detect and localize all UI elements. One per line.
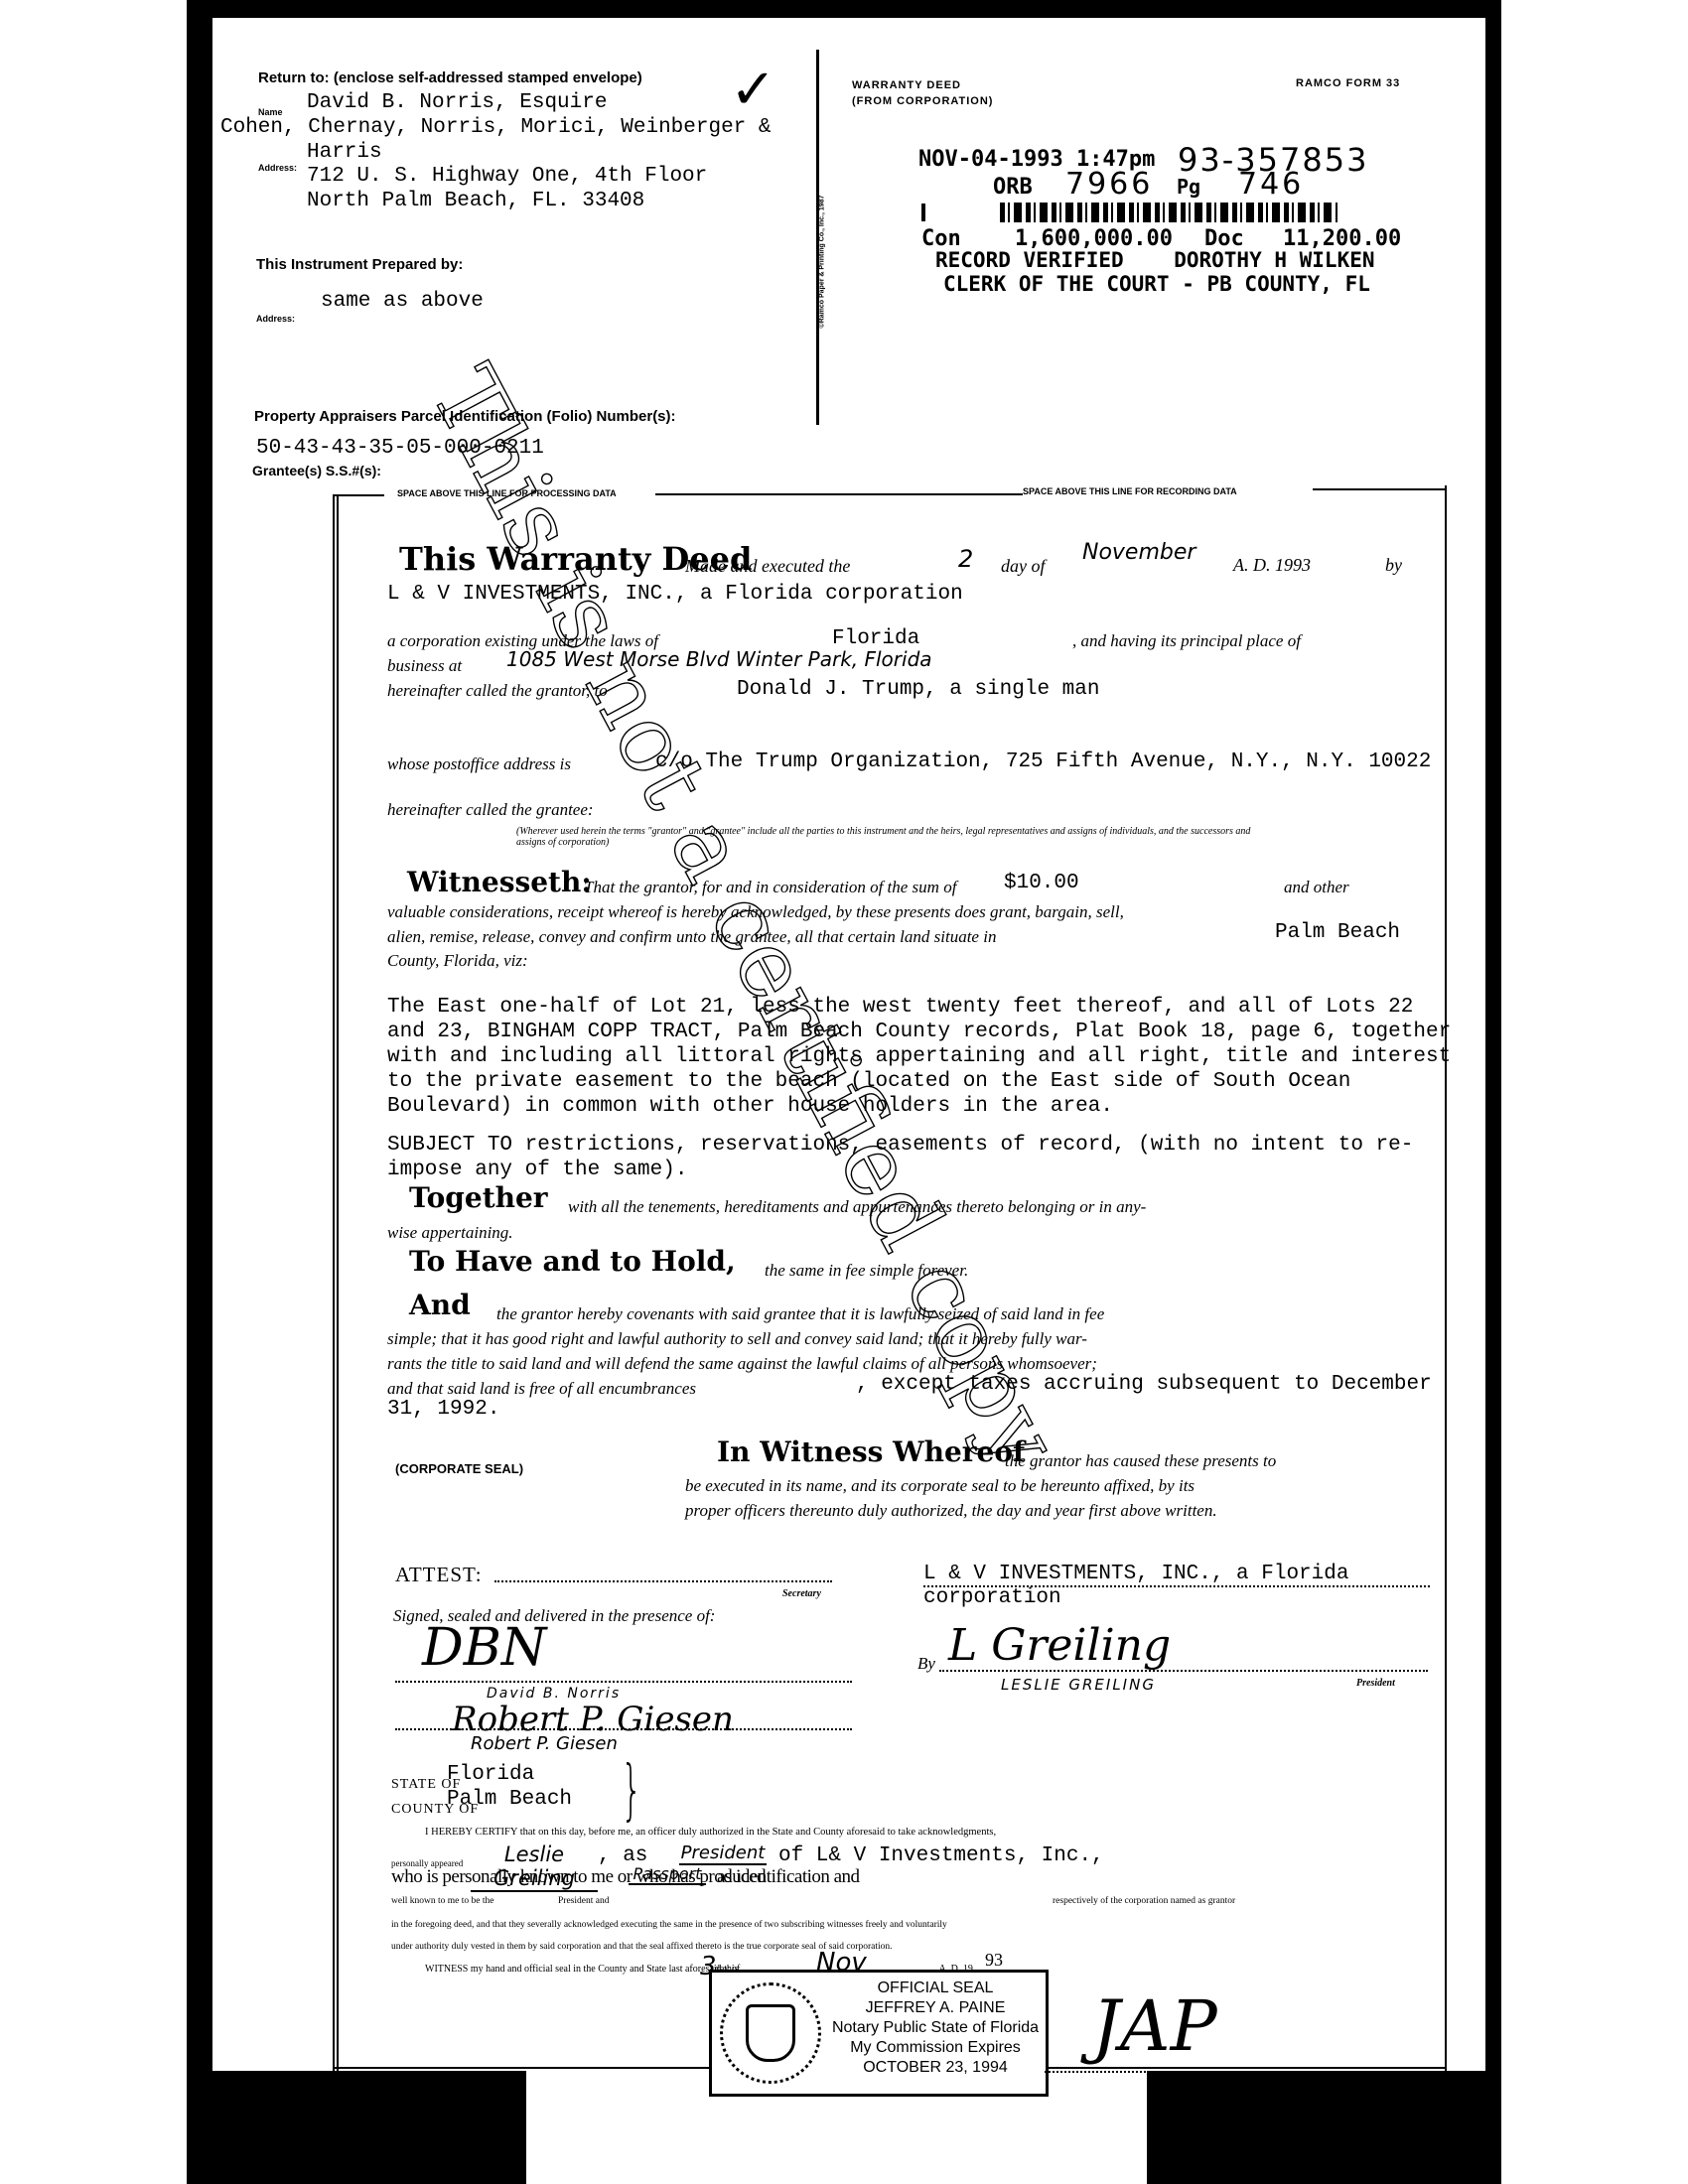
return-address-line-2: North Palm Beach, FL. 33408 [307, 190, 644, 212]
frame-left [333, 494, 335, 2071]
frame-left-inner [337, 494, 339, 2071]
made-executed-text: Made and executed the [685, 556, 850, 577]
subject-line: SUBJECT TO restrictions, reservations, e… [387, 1133, 1413, 1158]
legal-line: The East one-half of Lot 21, less the we… [387, 995, 1451, 1020]
and-heading: And [409, 1289, 471, 1321]
consideration-sum: $10.00 [1004, 872, 1079, 894]
and-text-4: and that said land is free of all encumb… [387, 1379, 696, 1399]
deed-ad-year: A. D. 1993 [1233, 555, 1311, 576]
and-text-1: the grantor hereby covenants with said g… [496, 1304, 1104, 1324]
scan-border-right [1485, 0, 1501, 2184]
divider-line-right [1313, 488, 1447, 490]
witness-hand-text: WITNESS my hand and official seal in the… [425, 1964, 739, 1975]
grantor-name: L & V INVESTMENTS, INC., a Florida corpo… [387, 583, 963, 606]
deed-month: November [1082, 540, 1196, 565]
return-name-line-3: Harris [307, 141, 382, 164]
scan-border-left [187, 0, 212, 2184]
president-signature: L Greiling [948, 1620, 1171, 1671]
witness1-signature: DBN [422, 1618, 546, 1678]
postoffice-address: c/o The Trump Organization, 725 Fifth Av… [655, 751, 1431, 773]
legal-line: with and including all littoral rights a… [387, 1044, 1451, 1069]
legal-line: to the private easement to the beach (lo… [387, 1069, 1451, 1094]
foregoing-text: in the foregoing deed, and that they sev… [391, 1920, 947, 1930]
hereinafter-grantee-text: hereinafter called the grantee: [387, 800, 594, 820]
seal-text: OFFICIAL SEAL JEFFREY A. PAINE Notary Pu… [831, 1979, 1040, 2078]
witnesseth-text-2: and other [1284, 878, 1349, 897]
grantee-ss-label: Grantee(s) S.S.#(s): [252, 463, 381, 478]
attest-label: ATTEST: [395, 1563, 483, 1586]
recording-data-note: SPACE ABOVE THIS LINE FOR RECORDING DATA [1023, 486, 1237, 496]
in-witness-heading: In Witness Whereof [717, 1435, 1025, 1468]
orb-label: ORB [993, 175, 1033, 200]
company-line-2: corporation [923, 1586, 1061, 1609]
form-title-line-2: (FROM CORPORATION) [852, 95, 993, 107]
notary-signature: JAP [1092, 1985, 1217, 2067]
seal-line-3: Notary Public State of Florida [831, 2018, 1040, 2038]
witness2-printed-name: Robert P. Giesen [471, 1733, 618, 1754]
checkmark-icon: ✓ [730, 58, 776, 122]
scan-border-bottom-left [187, 2071, 526, 2184]
witnesseth-text-3: valuable considerations, receipt whereof… [387, 902, 1124, 922]
county-of-value: Palm Beach [447, 1788, 572, 1811]
form-number: RAMCO FORM 33 [1296, 77, 1400, 89]
together-text-1: with all the tenements, hereditaments an… [568, 1197, 1146, 1217]
appeared-title: President [679, 1843, 767, 1865]
attest-line: ATTEST: [395, 1563, 852, 1586]
divider-line-mid [655, 493, 1023, 495]
return-name-line-1: David B. Norris, Esquire [307, 91, 607, 114]
postoffice-label: whose postoffice address is [387, 754, 571, 774]
attest-dotted-line [494, 1580, 832, 1582]
well-known-text: well known to me to be the [391, 1896, 493, 1906]
together-text-2: wise appertaining. [387, 1223, 513, 1243]
secretary-label: Secretary [782, 1588, 821, 1599]
form-copyright: ©Ramco Paper & Printing Co., Inc., 1987 [819, 163, 826, 361]
notary-year: 93 [985, 1950, 1003, 1971]
orb-page: 746 [1238, 167, 1304, 202]
barcode [1000, 203, 1337, 222]
deed-day: 2 [958, 545, 973, 573]
state-seal-icon [720, 1982, 821, 2084]
hereinafter-grantor-text: hereinafter called the grantor, to [387, 681, 608, 701]
barcode-tick [921, 204, 925, 221]
scan-border-top [187, 0, 1501, 18]
brace: } [622, 1751, 642, 1828]
witness1-dotted-line [395, 1681, 852, 1683]
to-have-text: the same in fee simple forever. [765, 1261, 968, 1281]
id-type: Passport [629, 1864, 706, 1885]
parcel-id-number: 50-43-43-35-05-000-0211 [256, 437, 544, 460]
return-name-line-2: Cohen, Chernay, Norris, Morici, Weinberg… [220, 116, 772, 139]
seal-line-2: JEFFREY A. PAINE [831, 1998, 1040, 2018]
business-address: 1085 West Morse Blvd Winter Park, Florid… [506, 647, 932, 671]
witness2-dotted-line [395, 1728, 852, 1730]
definition-note: (Wherever used herein the terms "grantor… [516, 826, 1251, 848]
by-text: by [1385, 555, 1402, 576]
legal-line: and 23, BINGHAM COPP TRACT, Palm Beach C… [387, 1020, 1451, 1044]
return-to-label: Return to: (enclose self-addressed stamp… [258, 69, 642, 86]
corporate-seal-label: (CORPORATE SEAL) [395, 1461, 523, 1476]
orb-book: 7966 [1065, 167, 1153, 202]
president-and-text: President and [558, 1896, 609, 1906]
as-identification-text: as identification and [717, 1866, 860, 1888]
notary-signature-line [1045, 2071, 1432, 2073]
notary-official-seal: OFFICIAL SEAL JEFFREY A. PAINE Notary Pu… [709, 1970, 1049, 2097]
prepared-address-label: Address: [256, 314, 295, 324]
in-witness-text-3: proper officers thereunto duly authorize… [685, 1501, 1217, 1521]
president-label: President [1356, 1678, 1395, 1689]
president-printed-name: LESLIE GREILING [1001, 1676, 1156, 1694]
witnesseth-text-4: alien, remise, release, convey and confi… [387, 927, 996, 947]
divider-line-left [333, 494, 384, 496]
witnesseth-text-1: That the grantor, for and in considerati… [584, 878, 956, 897]
together-heading: Together [409, 1181, 548, 1214]
principal-place-text: , and having its principal place of [1072, 631, 1301, 651]
in-witness-text-2: be executed in its name, and its corpora… [685, 1476, 1195, 1496]
appeared-company: of L& V Investments, Inc., [778, 1844, 1104, 1867]
prepared-by-label: This Instrument Prepared by: [256, 256, 463, 273]
state-of-value: Florida [447, 1763, 534, 1786]
address-label: Address: [258, 163, 297, 173]
company-line-1: L & V INVESTMENTS, INC., a Florida [923, 1563, 1430, 1587]
return-address-line-1: 712 U. S. Highway One, 4th Floor [307, 165, 707, 188]
page-label: Pg [1177, 175, 1200, 199]
respectively-text: respectively of the corporation named as… [1053, 1896, 1235, 1906]
seal-line-1: OFFICIAL SEAL [831, 1979, 1040, 1998]
to-have-heading: To Have and to Hold, [409, 1245, 736, 1278]
and-typed-2: 31, 1992. [387, 1398, 499, 1421]
business-at-text: business at [387, 656, 462, 676]
witnesseth-text-5: County, Florida, viz: [387, 951, 528, 971]
form-title-line-1: WARRANTY DEED [852, 79, 961, 91]
prepared-by-value: same as above [321, 290, 484, 313]
known-text: who is personally known to me or who has… [391, 1866, 766, 1888]
seal-line-4: My Commission Expires [831, 2038, 1040, 2058]
and-typed-1: , except taxes accruing subsequent to De… [856, 1373, 1432, 1396]
in-witness-text-1: the grantor has caused these presents to [1005, 1451, 1276, 1471]
by-label: By [917, 1654, 935, 1674]
processing-data-note: SPACE ABOVE THIS LINE FOR PROCESSING DAT… [397, 488, 617, 498]
and-text-2: simple; that it has good right and lawfu… [387, 1329, 1087, 1349]
seal-line-5: OCTOBER 23, 1994 [831, 2058, 1040, 2078]
and-text-3: rants the title to said land and will de… [387, 1354, 1097, 1374]
scan-border-bottom-right [1147, 2071, 1501, 2184]
record-verified: RECORD VERIFIED DOROTHY H WILKEN [935, 248, 1375, 272]
land-county: Palm Beach [1275, 921, 1400, 944]
frame-right [1445, 485, 1447, 2071]
clerk-of-court: CLERK OF THE COURT - PB COUNTY, FL [943, 272, 1370, 296]
grantee-name: Donald J. Trump, a single man [737, 678, 1099, 701]
subject-line: impose any of the same). [387, 1158, 1413, 1182]
parcel-id-label: Property Appraisers Parcel Identificatio… [254, 408, 676, 425]
certify-text: I HEREBY CERTIFY that on this day, befor… [425, 1827, 996, 1838]
witnesseth-heading: Witnesseth: [407, 866, 592, 898]
day-of-text: day of [1001, 556, 1046, 577]
